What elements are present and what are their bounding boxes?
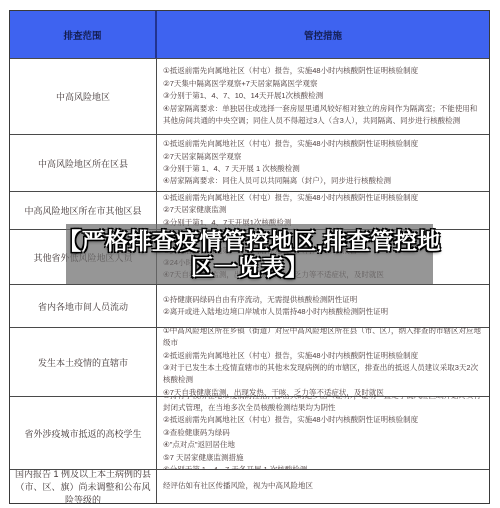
table-row: 省外涉疫城市抵返的高校学生 ①持有学校所在地市疫情防控指挥部出具的返乡函（证明）… bbox=[10, 396, 489, 469]
measure-line: ③分别于第 1、4、7 天开展 1 次核酸检测 bbox=[163, 163, 483, 175]
scope-cell: 发生本土疫情的直辖市 bbox=[10, 328, 157, 396]
measure-line: ①持有学校所在地市疫情防控指挥部出具的返乡函（证明），证明一直处于低风险区域并始… bbox=[163, 397, 483, 414]
measure-line: ④居家隔离要求：单独居住或选择一套房屋里通风较好相对独立的房间作为隔离室；不能使… bbox=[163, 103, 483, 128]
measure-line: ②7天集中隔离医学观察+7天居家隔离医学观察 bbox=[163, 78, 483, 90]
table-row: 中高风险地区所在区县 ①抵返前需先向属地社区（村屯）报告，实施48小时内核酸阴性… bbox=[10, 134, 489, 191]
table-row: 发生本土疫情的直辖市 ①中高风险地区所在乡镇（街道）对应中高风险地区所在县（市、… bbox=[10, 327, 489, 396]
measure-line: ④居家隔离要求：同住人员可以共同隔离（封户），同步进行核酸检测 bbox=[163, 175, 483, 187]
measure-line: ①持健康码绿码自由有序流动，无需提供核酸检测阴性证明 bbox=[163, 294, 483, 306]
measure-line: ③对于已发生本土疫情直辖市的其他未发现病例的的市辖区，排查出的抵返人员建议采取3… bbox=[163, 362, 483, 387]
watermark-title: 【严格排查疫情管控地区,排查管控地 区一览表】 bbox=[58, 228, 441, 280]
watermark-overlay: 【严格排查疫情管控地区,排查管控地 区一览表】 bbox=[66, 224, 433, 284]
measure-line: ⑤7 天居家健康监测措施 bbox=[163, 452, 483, 464]
watermark-line-1: 【严格排查疫情管控地区,排查管控地 bbox=[58, 228, 441, 254]
measures-cell: ①抵返前需先向属地社区（村屯）报告，实施48小时内核酸阴性证明核验制度②7天居家… bbox=[157, 135, 489, 191]
table-header-row: 排查范围 管控措施 bbox=[10, 11, 489, 58]
measure-line: 经评估如有社区传播风险，视为中高风险地区 bbox=[163, 480, 483, 492]
scope-cell: 中高风险地区 bbox=[10, 59, 157, 134]
measure-line: ②离开或进入陆地边境口岸城市人员需持48小时内核酸检测阴性证明 bbox=[163, 306, 483, 318]
table-row: 省内各地市间人员流动 ①持健康码绿码自由有序流动，无需提供核酸检测阴性证明②离开… bbox=[10, 284, 489, 327]
measure-line: ①抵返前需先向属地社区（村屯）报告，实施48小时内核酸阴性证明核验制度 bbox=[163, 65, 483, 77]
measures-cell: ①抵返前需先向属地社区（村屯）报告，实施48小时内核酸阴性证明核验制度②7天集中… bbox=[157, 59, 489, 134]
measure-line: ①抵返前需先向属地社区（村屯）报告，实施48小时内核酸阴性证明核验制度 bbox=[163, 138, 483, 150]
measure-line: ②抵返前需先向属地社区（村屯）报告，实施48小时内核酸阴性证明核验制度 bbox=[163, 350, 483, 362]
scope-cell: 国内报告 1 例及以上本土病例的县（市、区、旗）尚未调整和公布风险等级的 bbox=[10, 470, 157, 503]
scope-cell: 中高风险地区所在区县 bbox=[10, 135, 157, 191]
scope-cell: 省内各地市间人员流动 bbox=[10, 285, 157, 327]
measures-cell: 经评估如有社区传播风险，视为中高风险地区 bbox=[157, 470, 489, 503]
header-measures-column: 管控措施 bbox=[157, 11, 489, 58]
measures-cell: ①持健康码绿码自由有序流动，无需提供核酸检测阴性证明②离开或进入陆地边境口岸城市… bbox=[157, 285, 489, 327]
table-row: 国内报告 1 例及以上本土病例的县（市、区、旗）尚未调整和公布风险等级的 经评估… bbox=[10, 469, 489, 503]
measure-line: ②抵返前需先向属地社区（村屯）报告，实施48小时内核酸阴性证明核验制度 bbox=[163, 414, 483, 426]
header-scope-column: 排查范围 bbox=[10, 11, 157, 58]
screenshot-page: 排查范围 管控措施 中高风险地区 ①抵返前需先向属地社区（村屯）报告，实施48小… bbox=[0, 0, 500, 508]
scope-cell: 省外涉疫城市抵返的高校学生 bbox=[10, 397, 157, 469]
measure-line: ①中高风险地区所在乡镇（街道）对应中高风险地区所在县（市、区），纳入排查的市辖区… bbox=[163, 328, 483, 350]
measure-line: ④7天自我健康监测，出现发热、干咳、乏力等不适症状，及时就医 bbox=[163, 387, 483, 396]
measure-line: ③查验健康码为绿码 bbox=[163, 427, 483, 439]
table-row: 中高风险地区 ①抵返前需先向属地社区（村屯）报告，实施48小时内核酸阴性证明核验… bbox=[10, 58, 489, 134]
measures-cell: ①持有学校所在地市疫情防控指挥部出具的返乡函（证明），证明一直处于低风险区域并始… bbox=[157, 397, 489, 469]
measure-line: ③分别于第1、4、7、10、14天开展1次核酸检测 bbox=[163, 90, 483, 102]
watermark-line-2: 区一览表】 bbox=[191, 254, 309, 280]
measure-line: ④"点对点"返回居住地 bbox=[163, 439, 483, 451]
measure-line: ⑥分别于第 1、4、7 天各开展 1 次核酸检测 bbox=[163, 464, 483, 469]
measures-cell: ①中高风险地区所在乡镇（街道）对应中高风险地区所在县（市、区），纳入排查的市辖区… bbox=[157, 328, 489, 396]
measure-line: ②7天居家健康监测 bbox=[163, 204, 483, 216]
measure-line: ①抵返前需先向属地社区（村屯）报告，实施48小时内核酸阴性证明核验制度 bbox=[163, 192, 483, 204]
measure-line: ②7天居家隔离医学观察 bbox=[163, 151, 483, 163]
